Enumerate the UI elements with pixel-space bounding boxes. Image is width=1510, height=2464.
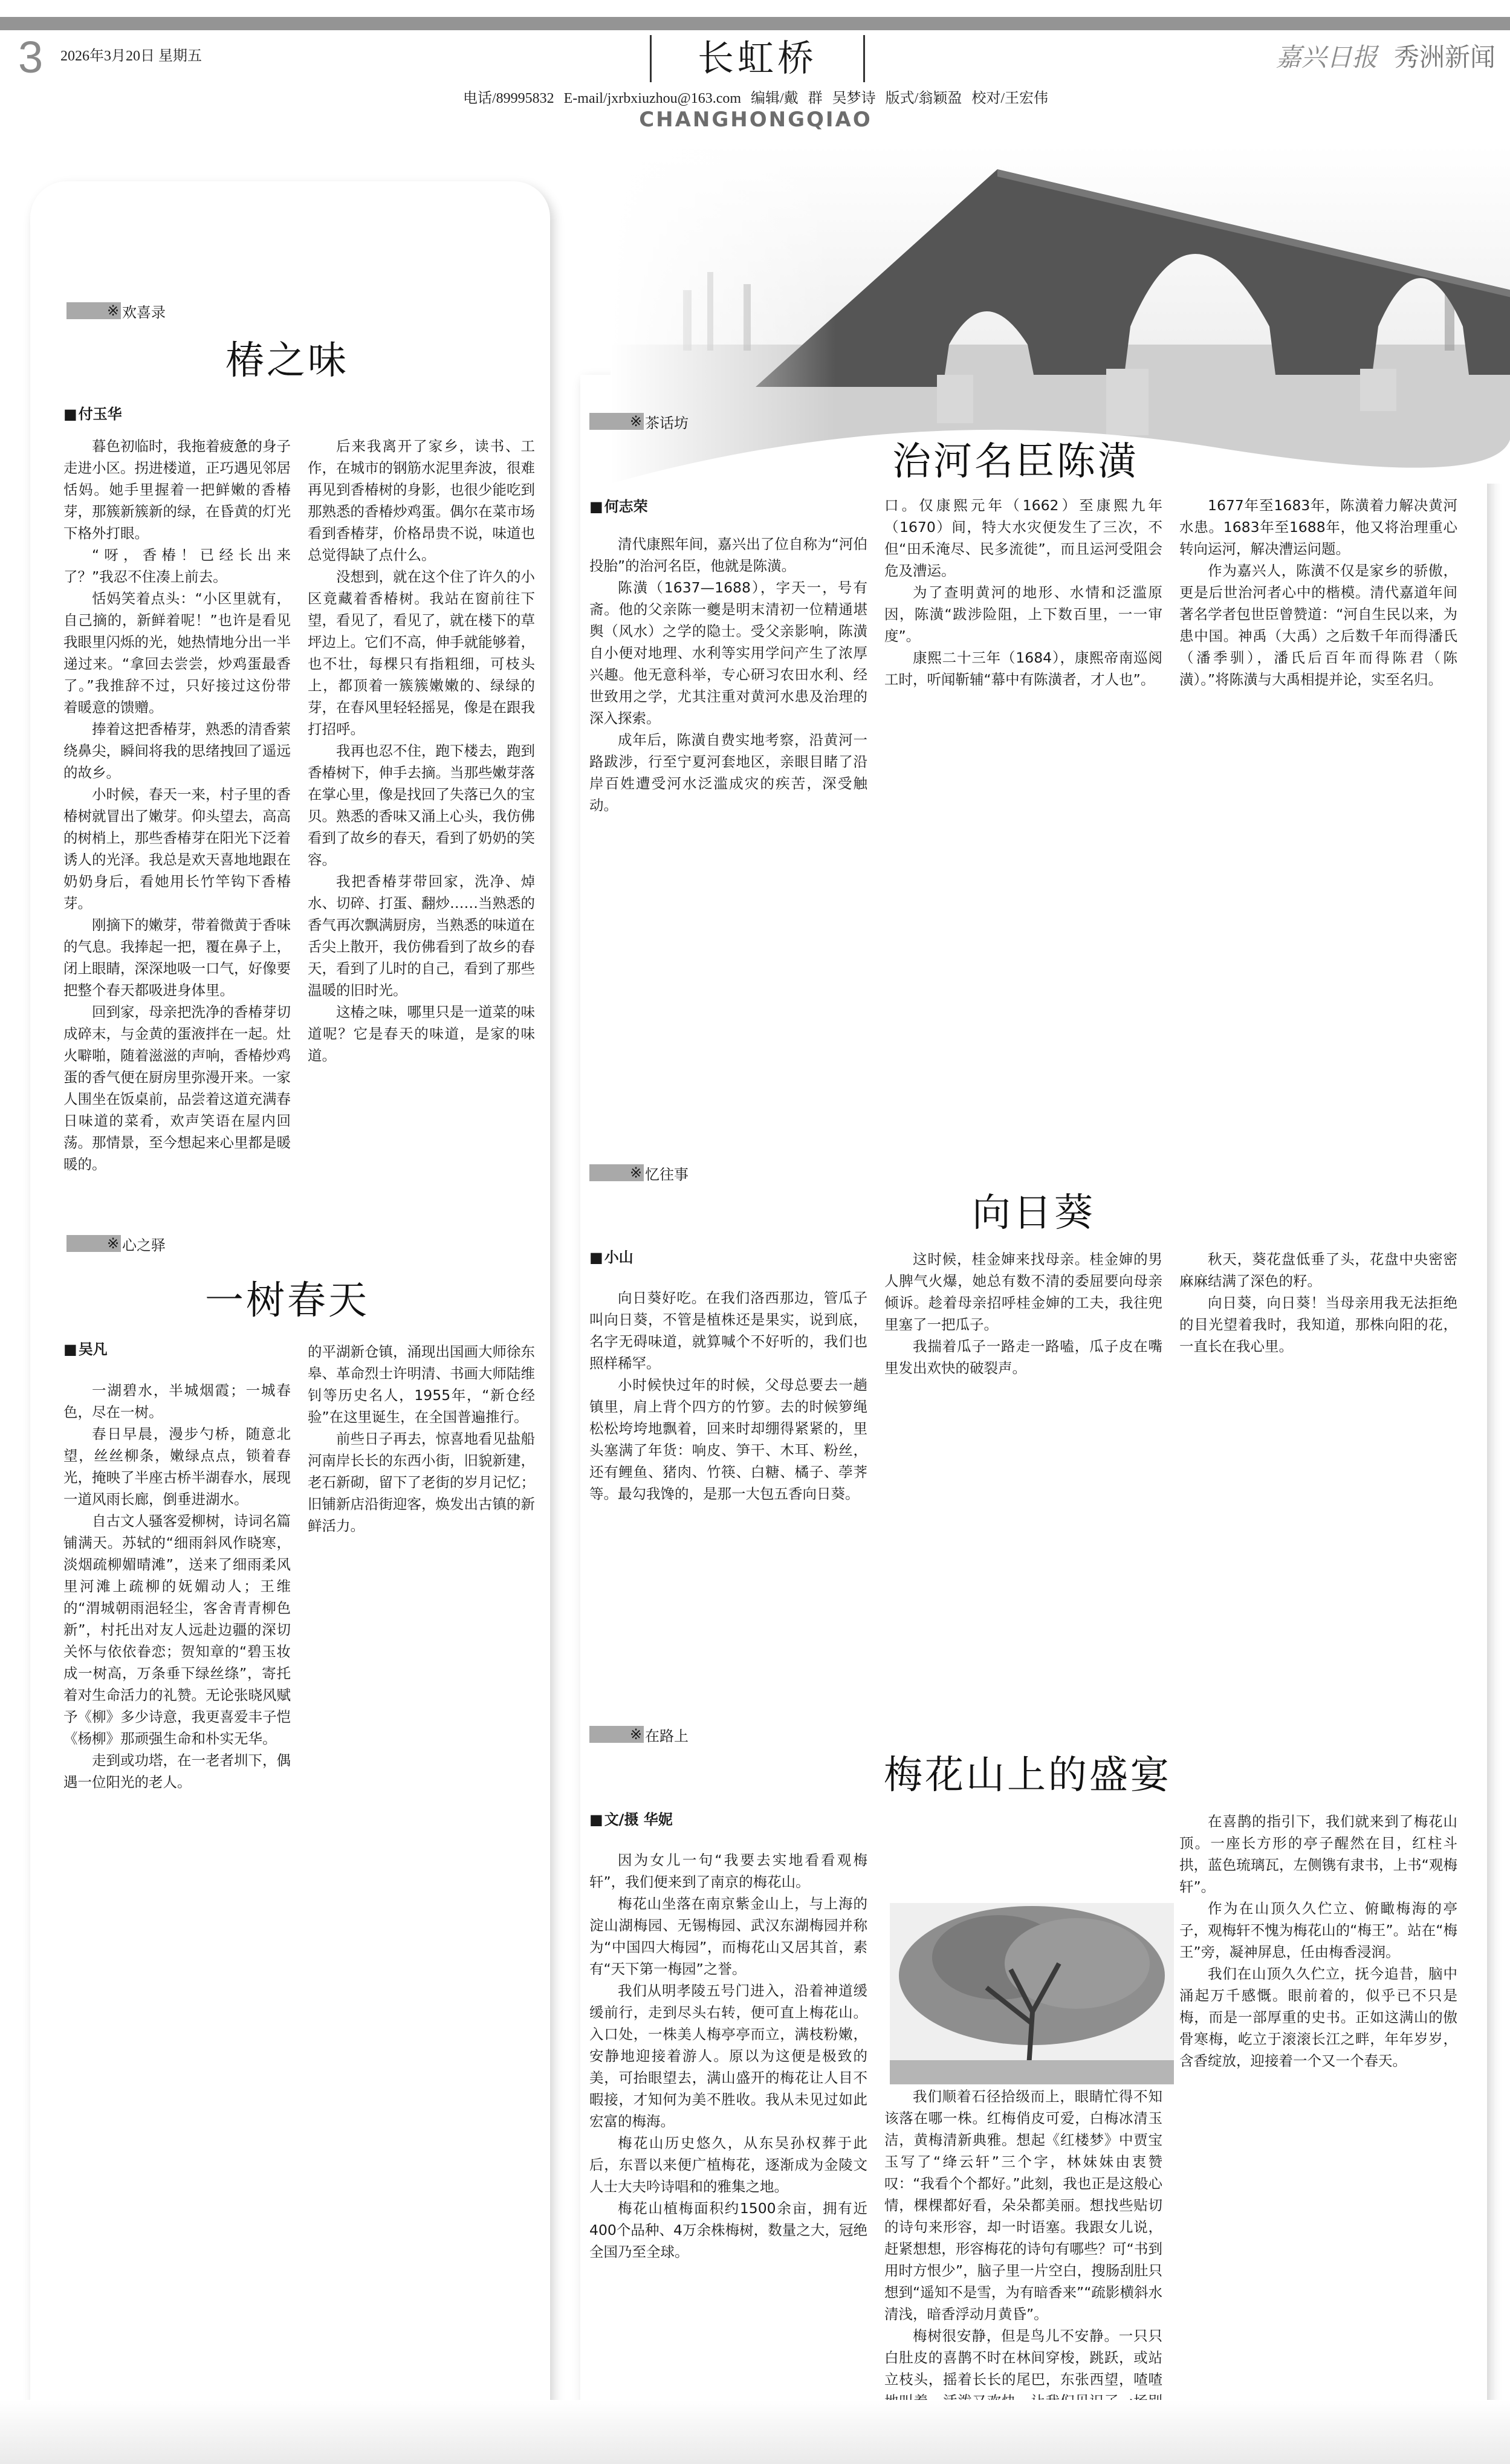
editorial-credits: 电话/89995832 E-mail/jxrbxiuzhou@163.com 编… bbox=[423, 86, 1088, 107]
body-column: 因为女儿一句“我要去实地看看观梅轩”，我们便来到了南京的梅花山。 梅花山坐落在南… bbox=[589, 1811, 867, 2403]
body-column: 口。仅康熙元年（1662）至康熙九年（1670）间，特大水灾便发生了三次，不但“… bbox=[884, 494, 1162, 1147]
byline-chun: 付玉华 bbox=[63, 402, 122, 423]
body-column: 1677年至1683年，陈潢着力解决黄河水患。1683年至1688年，他又将治理… bbox=[1179, 494, 1457, 1147]
page-bottom-shadow bbox=[0, 2400, 1510, 2464]
headline-chun: 椿之味 bbox=[91, 329, 484, 385]
plum-tree-image-icon bbox=[890, 1903, 1174, 2084]
body-chen: 清代康熙年间，嘉兴出了位自称为“河伯投胎”的治河名臣，他就是陈潢。 陈潢（163… bbox=[589, 494, 1478, 1147]
body-chun: 暮色初临时，我拖着疲惫的身子走进小区。拐进楼道，正巧遇见邻居恬妈。她手里握着一把… bbox=[63, 435, 535, 1185]
reference-mark-icon: ※ bbox=[628, 413, 644, 430]
section-title: 长虹桥 bbox=[652, 35, 863, 82]
column-tag-xinzhiyi: ※ 心之驿 bbox=[66, 1235, 166, 1252]
body-kui: 向日葵好吃。在我们洛西那边，管瓜子叫向日葵，不管是植株还是果实，说到底，名字无碍… bbox=[589, 1248, 1478, 1708]
headline-chen: 治河名臣陈潢 bbox=[858, 430, 1173, 486]
plum-tree-photo bbox=[890, 1903, 1174, 2084]
page-number: 3 bbox=[18, 35, 43, 80]
body-column: 清代康熙年间，嘉兴出了位自称为“河伯投胎”的治河名臣，他就是陈潢。 陈潢（163… bbox=[589, 494, 867, 1147]
reference-mark-icon: ※ bbox=[105, 302, 121, 319]
headline-mei: 梅花山上的盛宴 bbox=[870, 1744, 1185, 1800]
section-title-frame: 长虹桥 bbox=[650, 35, 865, 82]
column-tag-yiwangshi: ※ 忆往事 bbox=[589, 1164, 689, 1181]
body-shu: 一湖碧水，半城烟霞；一城春色，尽在一树。 春日早晨，漫步勺桥，随意北望，丝丝柳条… bbox=[63, 1341, 535, 2405]
body-mei: 因为女儿一句“我要去实地看看观梅轩”，我们便来到了南京的梅花山。 梅花山坐落在南… bbox=[589, 1811, 1478, 2403]
body-column: 向日葵好吃。在我们洛西那边，管瓜子叫向日葵，不管是植株还是果实，说到底，名字无碍… bbox=[589, 1248, 867, 1708]
body-column: 我们顺着石径拾级而上，眼睛忙得不知该落在哪一株。红梅俏皮可爱，白梅冰清玉洁，黄梅… bbox=[884, 1811, 1162, 2403]
masthead: 嘉兴日报 秀洲新闻 bbox=[1276, 37, 1495, 74]
issue-date: 2026年3月20日 星期五 bbox=[60, 44, 202, 65]
body-column: 暮色初临时，我拖着疲惫的身子走进小区。拐进楼道，正巧遇见邻居恬妈。她手里握着一把… bbox=[63, 435, 291, 1185]
reference-mark-icon: ※ bbox=[628, 1726, 644, 1743]
body-column: 的平湖新仓镇，涌现出国画大师徐东皋、革命烈士许明清、书画大师陆维钊等历史名人，1… bbox=[308, 1341, 535, 2405]
headline-shu: 一树春天 bbox=[91, 1269, 484, 1325]
body-column: 一湖碧水，半城烟霞；一城春色，尽在一树。 春日早晨，漫步勺桥，随意北望，丝丝柳条… bbox=[63, 1341, 291, 2405]
column-tag-zailushang: ※ 在路上 bbox=[589, 1726, 689, 1743]
section-pinyin: CHANGHONGQIAO bbox=[604, 108, 907, 132]
body-column: 梅树很安静，但是鸟儿不安静。一只只白肚皮的喜鹊不时在林间穿梭，跳跃，或站立枝头，… bbox=[1179, 1811, 1457, 2403]
body-column: 后来我离开了家乡，读书、工作，在城市的钢筋水泥里奔波，很难再见到香椿树的身影，也… bbox=[308, 435, 535, 1185]
column-tag-huanxilu: ※ 欢喜录 bbox=[66, 302, 166, 319]
column-tag-chahuafang: ※ 茶话坊 bbox=[589, 413, 689, 430]
reference-mark-icon: ※ bbox=[628, 1164, 644, 1181]
reference-mark-icon: ※ bbox=[105, 1235, 121, 1252]
masthead-name: 秀洲新闻 bbox=[1394, 42, 1495, 72]
body-column: 这时候，桂金婶来找母亲。桂金婶的男人脾气火爆，她总有数不清的委屈要向母亲倾诉。趁… bbox=[884, 1248, 1162, 1708]
headline-kui: 向日葵 bbox=[943, 1182, 1124, 1237]
body-column: 秋天，葵花盘低垂了头，花盘中央密密麻麻结满了深色的籽。 向日葵，向日葵！当母亲用… bbox=[1179, 1248, 1457, 1708]
header-top-bar bbox=[0, 17, 1510, 30]
masthead-brand-logo: 嘉兴日报 bbox=[1276, 42, 1378, 72]
